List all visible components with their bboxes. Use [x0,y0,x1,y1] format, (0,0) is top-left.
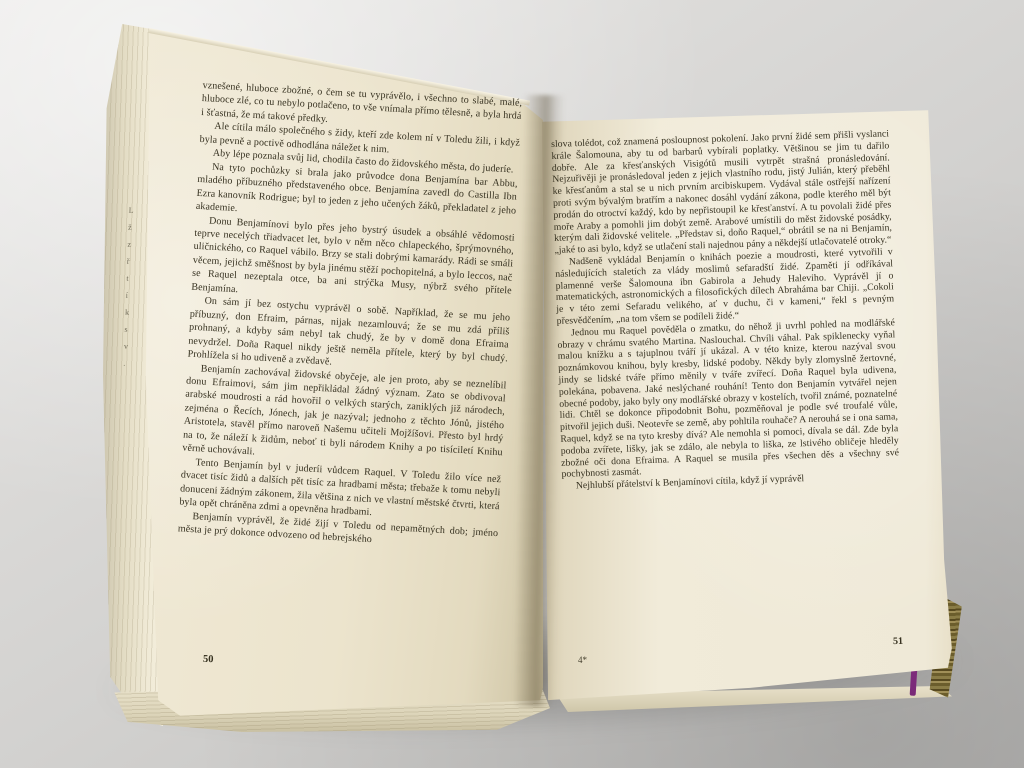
letter-fragment: ř [127,257,143,267]
right-page-text: slova tolédot, což znamená posloupnost p… [551,128,900,492]
right-page-number: 51 [893,636,903,647]
letter-fragment: v [124,342,140,352]
letter-fragment: ž [128,223,144,233]
letter-fragment: k [125,308,141,318]
letter-fragment: s [124,325,140,335]
left-page-number: 50 [203,654,214,665]
letter-fragment: z [127,240,143,250]
left-page-text: vznešené, hluboce zbožné, o čem se tu vy… [177,79,522,554]
paragraph: slova tolédot, což znamená posloupnost p… [551,128,893,257]
letter-fragment: í [126,291,142,301]
letter-fragment: . [123,359,139,369]
paragraph: Nadšeně vykládal Benjamín o knihách poez… [555,246,895,327]
paragraph: Benjamín zachovával židovské obyčeje, al… [182,361,507,473]
letter-fragment: t [126,274,142,284]
photo-scene: Lžzřtíksv. vznešené, hluboce zbožné, o č… [0,0,1024,768]
letter-fragment: L [129,206,145,216]
paragraph: Jednou mu Raquel pověděla o zmatku, do n… [557,317,900,481]
signature-mark: 4* [578,655,587,665]
